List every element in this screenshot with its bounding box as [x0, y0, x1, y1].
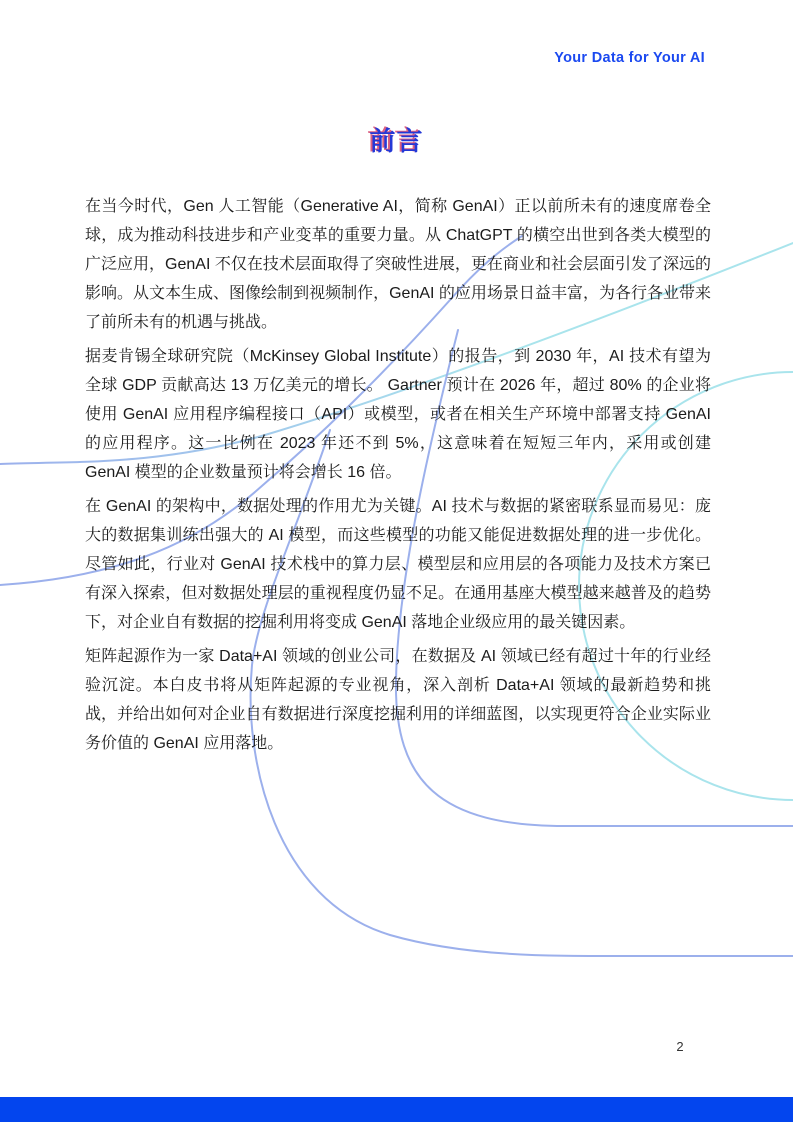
body-content: 在当今时代，Gen 人工智能（Generative AI，简称 GenAI）正以… [85, 192, 711, 763]
page-number: 2 [660, 1039, 700, 1054]
page-header: Your Data for Your AI [0, 49, 705, 67]
section-title: 前言 [0, 121, 793, 158]
paragraph-4: 矩阵起源作为一家 Data+AI 领域的创业公司，在数据及 AI 领域已经有超过… [85, 642, 711, 758]
document-page: Your Data for Your AI 前言 在当今时代，Gen 人工智能（… [0, 0, 793, 1122]
paragraph-2: 据麦肯锡全球研究院（McKinsey Global Institute）的报告，… [85, 342, 711, 487]
paragraph-1: 在当今时代，Gen 人工智能（Generative AI，简称 GenAI）正以… [85, 192, 711, 337]
header-slogan: Your Data for Your AI [554, 50, 705, 66]
footer-bar [0, 1097, 793, 1122]
paragraph-3: 在 GenAI 的架构中，数据处理的作用尤为关键。AI 技术与数据的紧密联系显而… [85, 492, 711, 637]
